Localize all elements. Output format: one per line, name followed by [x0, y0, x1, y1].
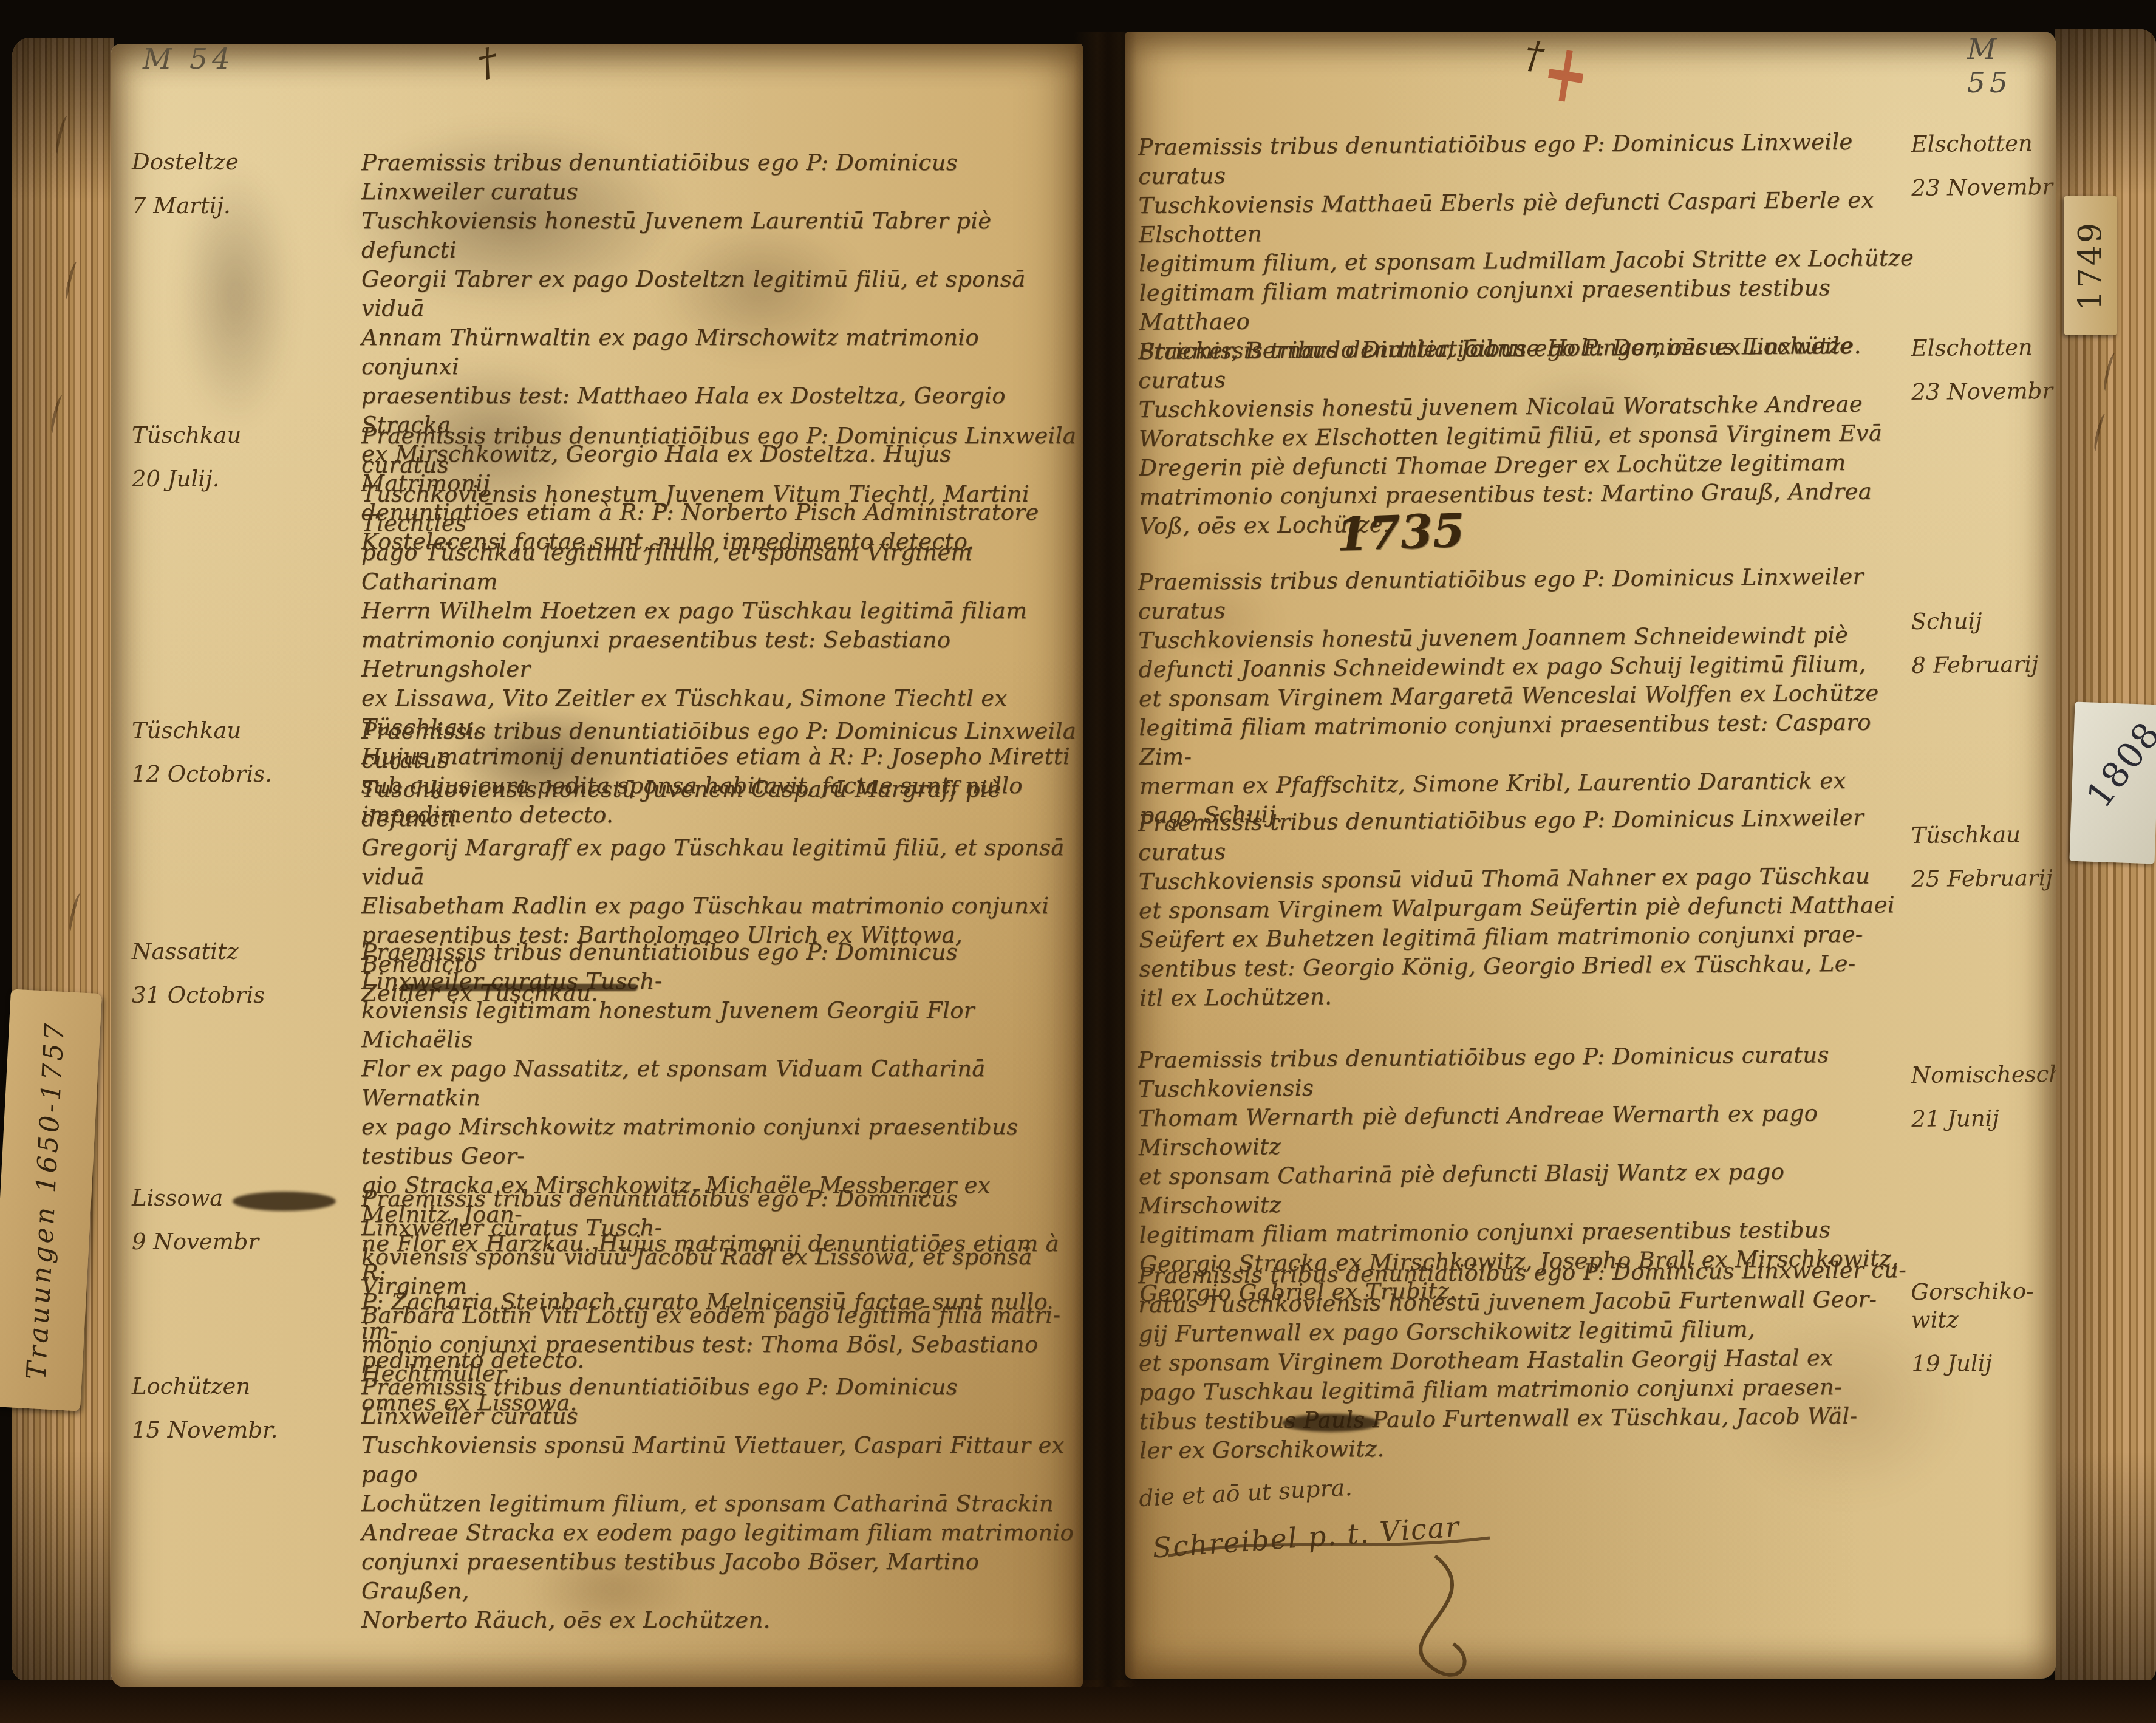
margin-note: Nassatitz 31 Octobris: [132, 938, 356, 1009]
ink-stain: [372, 360, 609, 524]
ink-stain: [178, 165, 293, 426]
strikethrough-mark: [401, 984, 638, 991]
book-gutter: [1074, 32, 1137, 1687]
left-page: M 54 † Dosteltze 7 Martij. Praemissis tr…: [111, 44, 1083, 1687]
page-number-right: M 55: [1967, 33, 2056, 100]
right-page: M 55 † + Elschotten 23 Novembr Praemissi…: [1125, 32, 2056, 1679]
margin-place: Lochützen: [132, 1373, 356, 1401]
margin-note: Nomischesch 21 Junij: [1911, 1060, 2056, 1133]
margin-note: Tüschkau 20 Julij.: [132, 421, 356, 493]
margin-place: Tüschkau: [132, 421, 356, 449]
margin-date: 25 Februarij: [1911, 864, 2056, 893]
left-page-edges: [12, 38, 114, 1681]
margin-place: Elschotten: [1911, 129, 2056, 159]
ink-stain: [342, 123, 682, 311]
bookmark-tab-1749: 1749: [2064, 196, 2117, 335]
margin-note: Lochützen 15 Novembr.: [132, 1373, 356, 1444]
page-number-left: M 54: [143, 44, 234, 76]
bookmark-tab-1808: 1808: [2069, 702, 2156, 864]
year-heading: 1735: [1318, 502, 1484, 562]
signature-flourish: [1150, 1532, 1611, 1679]
closing-line: die et aō ut supra.: [1138, 1474, 1353, 1512]
bookmark-tab-label: Trauungen 1650-1757: [21, 1020, 70, 1380]
margin-date: 23 Novembr: [1911, 173, 2056, 202]
bookmark-tab-label: 1749: [2072, 220, 2109, 310]
margin-place: Gorschiko- witz: [1911, 1277, 2056, 1334]
red-cross-mark: +: [1536, 32, 1596, 125]
marriage-entry-text: Praemissis tribus denuntiatiōibus ego P:…: [1138, 803, 1915, 1013]
margin-date: 12 Octobris.: [132, 760, 356, 788]
margin-place: Schuij: [1911, 607, 2056, 636]
ink-stain: [451, 706, 640, 809]
marriage-entry-text: Praemissis tribus denuntiatiōibus ego P:…: [361, 1373, 1083, 1635]
margin-date: 23 Novembr: [1911, 377, 2056, 406]
margin-note: Elschotten 23 Novembr: [1911, 129, 2056, 202]
ink-blot: [1282, 1414, 1379, 1432]
foxing-stain: [1150, 572, 1277, 669]
book-photo: M 54 † Dosteltze 7 Martij. Praemissis tr…: [0, 0, 2156, 1723]
margin-place: Nomischesch: [1911, 1060, 2056, 1090]
margin-date: 20 Julij.: [132, 465, 356, 493]
foxing-stain: [530, 1544, 694, 1635]
ink-stain: [1502, 366, 1666, 469]
margin-date: 8 Februarij: [1911, 650, 2056, 680]
foxing-stain: [1727, 1301, 1963, 1501]
margin-place: Tüschkau: [132, 717, 356, 745]
cross-mark-right: †: [1523, 32, 1546, 78]
margin-date: 31 Octobris: [132, 981, 356, 1009]
margin-note: Tüschkau 12 Octobris.: [132, 717, 356, 788]
cross-mark-left: †: [474, 44, 502, 86]
ink-stain: [658, 220, 864, 360]
marriage-entry-text: Praemissis tribus denuntiatiōibus ego P:…: [1138, 127, 1915, 366]
margin-place: Elschotten: [1911, 333, 2056, 363]
bookmark-tab-label: 1808: [2078, 713, 2156, 815]
margin-note: Tüschkau 25 Februarij: [1911, 821, 2056, 893]
margin-date: 15 Novembr.: [132, 1416, 356, 1444]
margin-date: 21 Junij: [1911, 1104, 2056, 1133]
margin-date: 9 Novembr: [132, 1228, 356, 1256]
ink-blot: [233, 1192, 336, 1211]
margin-note: Schuij 8 Februarij: [1911, 607, 2056, 680]
margin-note: Elschotten 23 Novembr: [1911, 333, 2056, 406]
margin-place: Nassatitz: [132, 938, 356, 966]
margin-place: Tüschkau: [1911, 821, 2056, 850]
